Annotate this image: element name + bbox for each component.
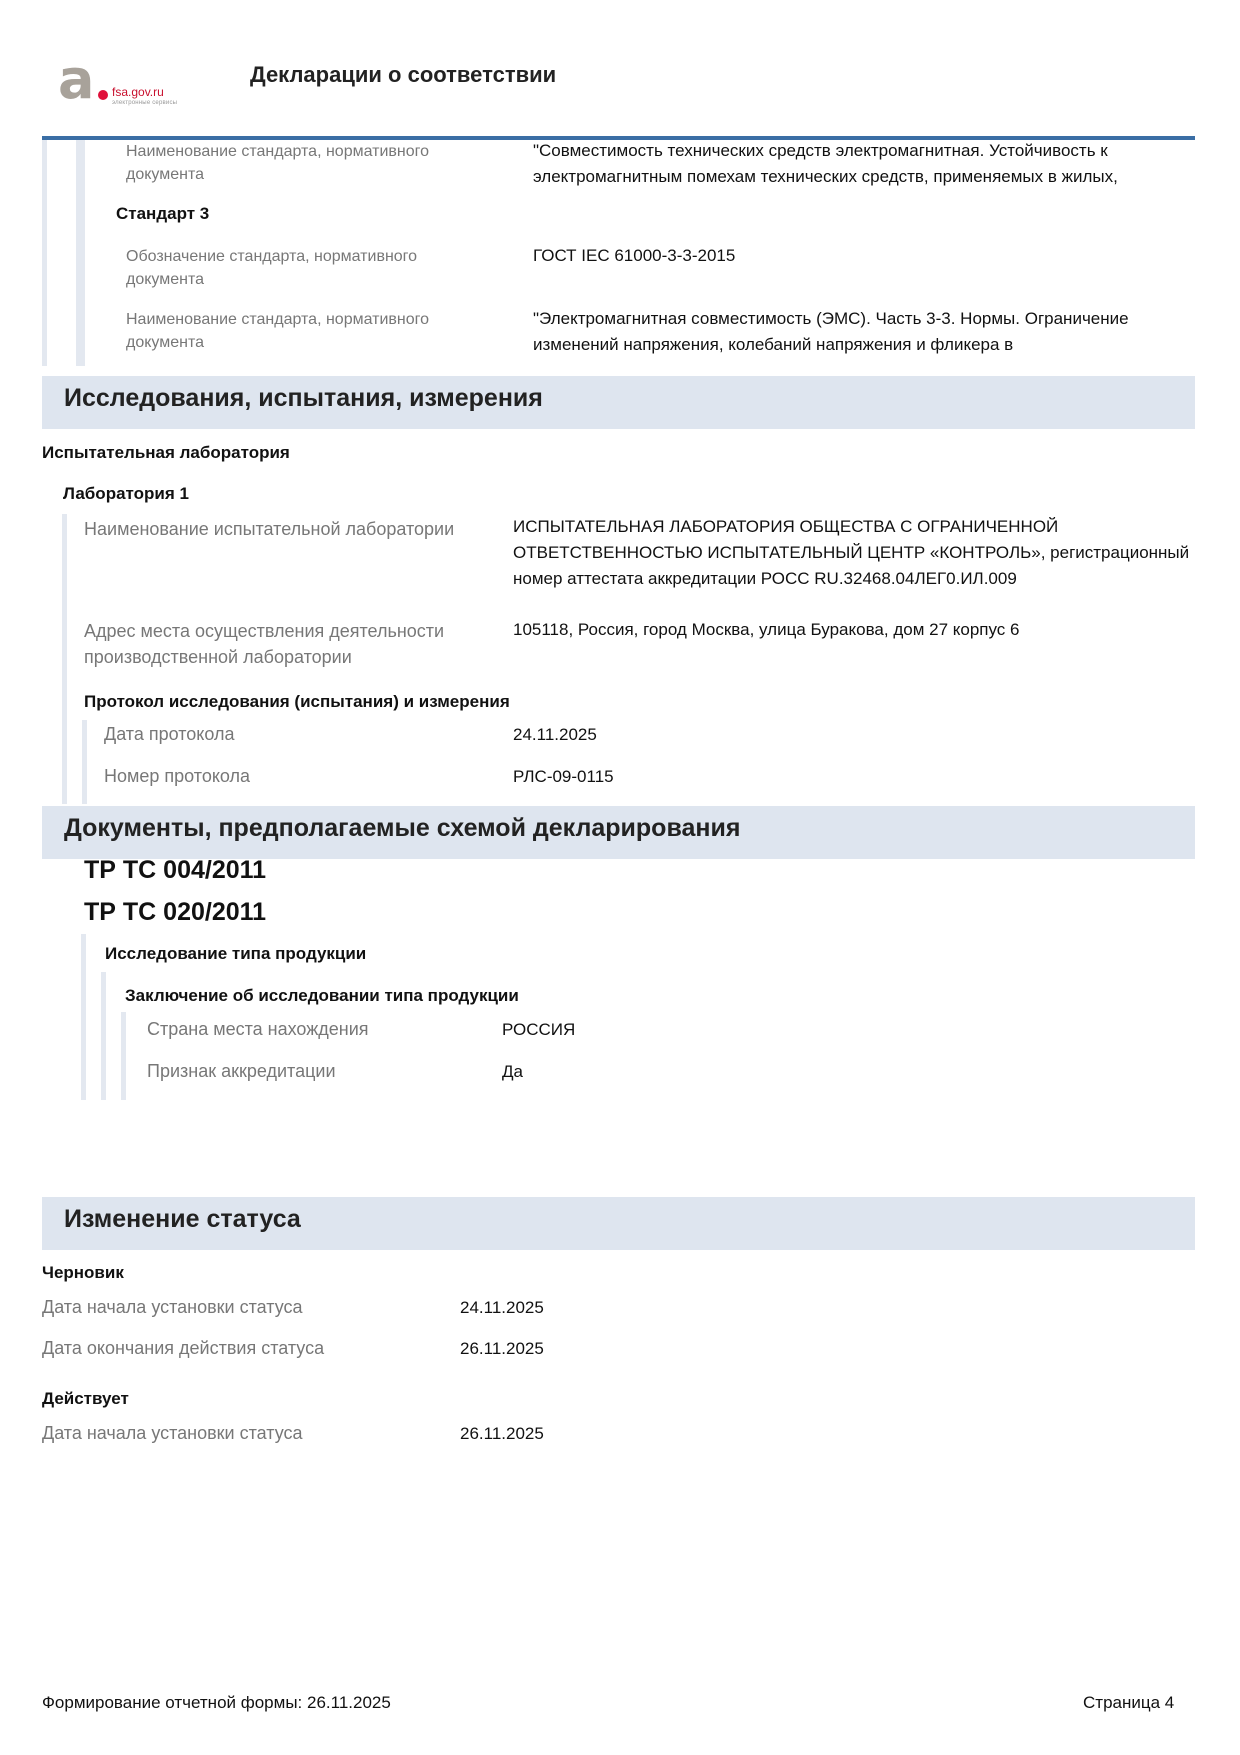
logo-subtitle: электронные сервисы [112, 100, 177, 106]
status-end-label: Дата окончания действия статуса [42, 1337, 324, 1360]
nesting-bar [42, 140, 47, 366]
lab-address-label: Адрес места осуществления деятельности п… [84, 618, 504, 670]
lab-name-value: ИСПЫТАТЕЛЬНАЯ ЛАБОРАТОРИЯ ОБЩЕСТВА С ОГР… [513, 514, 1203, 592]
status-start-value: 26.11.2025 [460, 1421, 544, 1447]
logo-dot-icon [98, 90, 108, 100]
nesting-bar [121, 1012, 126, 1100]
prev-standard-name-value: "Совместимость технических средств элект… [533, 138, 1203, 190]
standard-3-name-label: Наименование стандарта, нормативного док… [126, 308, 486, 354]
document-title: Декларации о соответствии [250, 62, 556, 88]
protocol-date-value: 24.11.2025 [513, 722, 597, 748]
logo-a-icon: a [58, 58, 94, 102]
nesting-bar [62, 514, 67, 804]
nesting-bar [81, 934, 86, 1100]
footer-page-number: Страница 4 [1083, 1693, 1174, 1713]
conclusion-heading: Заключение об исследовании типа продукци… [125, 986, 519, 1006]
prev-standard-name-label: Наименование стандарта, нормативного док… [126, 140, 486, 186]
status-name: Черновик [42, 1263, 124, 1283]
status-start-label: Дата начала установки статуса [42, 1296, 303, 1319]
status-start-value: 24.11.2025 [460, 1295, 544, 1321]
country-label: Страна места нахождения [147, 1018, 369, 1041]
lab-1-heading: Лаборатория 1 [63, 484, 189, 504]
country-value: РОССИЯ [502, 1017, 575, 1043]
type-study-heading: Исследование типа продукции [105, 944, 366, 964]
protocol-heading: Протокол исследования (испытания) и изме… [84, 692, 510, 712]
lab-address-value: 105118, Россия, город Москва, улица Бура… [513, 617, 1203, 643]
accreditation-label: Признак аккредитации [147, 1060, 336, 1083]
section-title: Исследования, испытания, измерения [64, 384, 543, 413]
section-title: Изменение статуса [64, 1205, 301, 1234]
protocol-date-label: Дата протокола [104, 723, 235, 746]
regulation-item: ТР ТС 004/2011 [84, 856, 266, 885]
logo-domain: fsa.gov.ru [112, 85, 164, 99]
section-title: Документы, предполагаемые схемой деклари… [64, 814, 740, 843]
protocol-number-value: РЛС-09-0115 [513, 764, 614, 790]
fsa-logo: a fsa.gov.ru электронные сервисы [58, 58, 208, 110]
lab-group-heading: Испытательная лаборатория [42, 443, 290, 463]
status-start-label: Дата начала установки статуса [42, 1422, 303, 1445]
lab-name-label: Наименование испытательной лаборатории [84, 516, 504, 542]
status-end-value: 26.11.2025 [460, 1336, 544, 1362]
accreditation-value: Да [502, 1059, 523, 1085]
section-status-change: Изменение статуса [42, 1197, 1195, 1250]
standard-3-designation-label: Обозначение стандарта, нормативного доку… [126, 245, 466, 291]
standard-3-name-value: "Электромагнитная совместимость (ЭМС). Ч… [533, 306, 1203, 358]
section-research: Исследования, испытания, измерения [42, 376, 1195, 429]
protocol-number-label: Номер протокола [104, 765, 250, 788]
standard-3-heading: Стандарт 3 [116, 204, 209, 224]
standard-3-designation-value: ГОСТ IEC 61000-3-3-2015 [533, 243, 735, 269]
status-name: Действует [42, 1389, 129, 1409]
nesting-bar [82, 720, 87, 804]
footer-generated: Формирование отчетной формы: 26.11.2025 [42, 1693, 391, 1713]
nesting-bar [101, 972, 106, 1100]
nesting-bar [80, 140, 85, 366]
regulation-item: ТР ТС 020/2011 [84, 898, 266, 927]
section-documents: Документы, предполагаемые схемой деклари… [42, 806, 1195, 859]
